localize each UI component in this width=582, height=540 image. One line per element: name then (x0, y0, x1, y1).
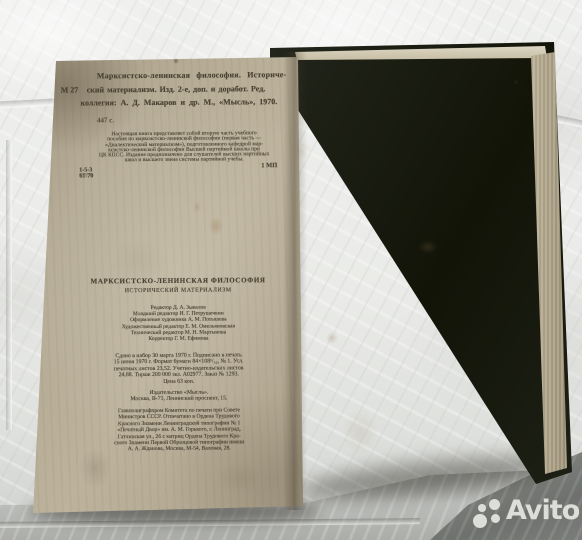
printing-house-info: Главполиграфпром Комитета по печати при … (63, 407, 295, 453)
avito-logo-icon (478, 504, 486, 512)
publisher-address: Издательство «Мысль». Москва, В-71, Лени… (63, 389, 295, 403)
book-title: МАРКСИСТСКО-ЛЕНИНСКАЯ ФИЛОСОФИЯ (58, 276, 298, 286)
avito-watermark: Avito (460, 494, 582, 540)
catalog-index-code: М 27 (61, 85, 79, 94)
classification-code: 1-5-3 61-70 (79, 161, 107, 179)
catalog-line-1: Марксистско-ленинская философия. Историч… (87, 70, 297, 80)
avito-logo-icon (491, 514, 500, 523)
imprint-page-text: Марксистско-ленинская философия. Историч… (0, 0, 582, 540)
book-subtitle: ИСТОРИЧЕСКИЙ МАТЕРИАЛИЗМ (58, 287, 298, 295)
avito-wordmark: Avito (506, 495, 579, 526)
pages-count: 447 с. (97, 116, 114, 124)
annotation-paragraph: Настоящая книга представляет собой втору… (69, 131, 299, 164)
avito-logo-icon (473, 514, 487, 528)
catalog-line-3: коллегия: А. Д. Макаров и др. М., «Мысль… (73, 97, 285, 107)
editorial-credits: Редактор Д. А. Зыкалов Младший редактор … (58, 304, 298, 343)
print-imprint-details: Сдано в набор 30 марта 1970 г. Подписано… (63, 352, 295, 386)
series-code: 1 МП (261, 162, 277, 169)
catalog-line-2: ский материализм. Изд. 2-е, доп. и дораб… (87, 84, 299, 94)
classification-code-denominator: 61-70 (79, 173, 93, 179)
avito-logo-icon (489, 499, 500, 510)
book-product-photo: Марксистско-ленинская философия. Историч… (0, 0, 582, 540)
